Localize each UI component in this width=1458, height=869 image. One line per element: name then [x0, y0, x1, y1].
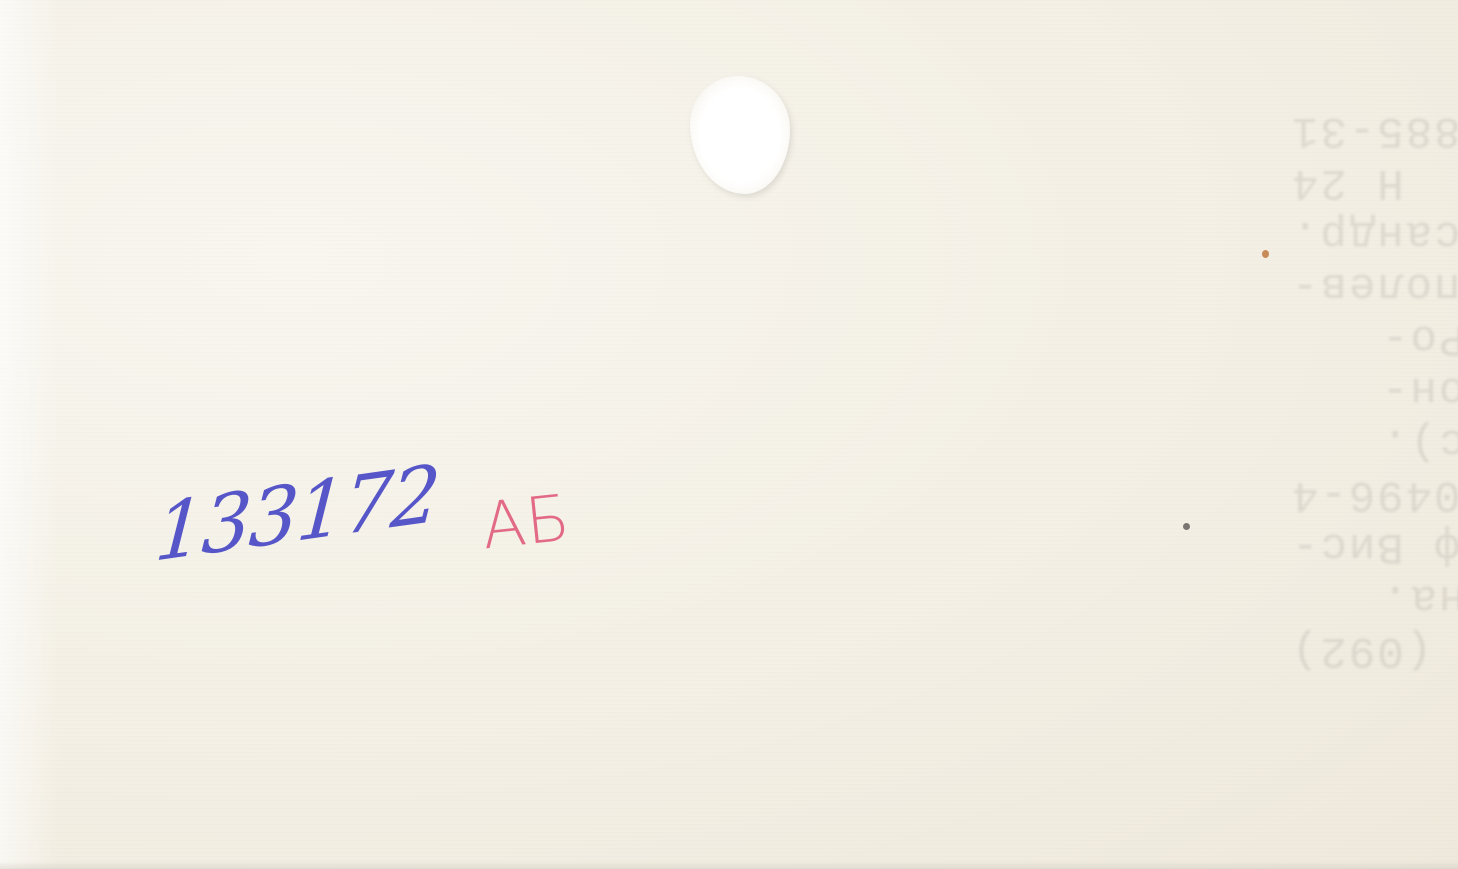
bleed-line: ния-Иосиф, / Худож.Чернецов В. - М.: Кро…: [1380, 364, 1458, 416]
collection-code: АБ: [478, 482, 573, 565]
bleed-line: УДК 821.161.1'28(1) 14+82 31+347 (092): [1290, 624, 1458, 676]
bleed-line: Власов Андрей Андреевич, Сталин Иосиф Ви…: [1290, 520, 1458, 572]
bleed-line: севоновна, Вера Лаврентия Павловна.: [1380, 572, 1458, 624]
bleed-line: Пресс, 1997. - 320с. - (Экспресс).: [1380, 416, 1458, 468]
inventory-number: 133172: [152, 448, 441, 580]
stain-spot: [1262, 250, 1269, 258]
card-edge-shading: [0, 0, 60, 869]
card-bottom-edge: [0, 861, 1458, 869]
punched-hole: [690, 76, 790, 194]
bleed-line: Н 24: [1290, 156, 1404, 208]
bleed-line: ISBN 5-235-00496-4: [1290, 468, 1458, 520]
bleed-line: за: Ленин, Берия и другие - неизвестное;…: [1380, 312, 1458, 364]
catalog-card: УДК 821.161.1'28(1) 14+82 31+347 (092) с…: [0, 0, 1458, 869]
bleed-line: 885-31: [1290, 104, 1458, 156]
bleed-line: Ленин Александр.: [1290, 208, 1458, 260]
stain-spot: [1183, 523, 1190, 530]
bleed-line: дословная книга: Власов, Сталин, Анаполе…: [1290, 260, 1458, 312]
